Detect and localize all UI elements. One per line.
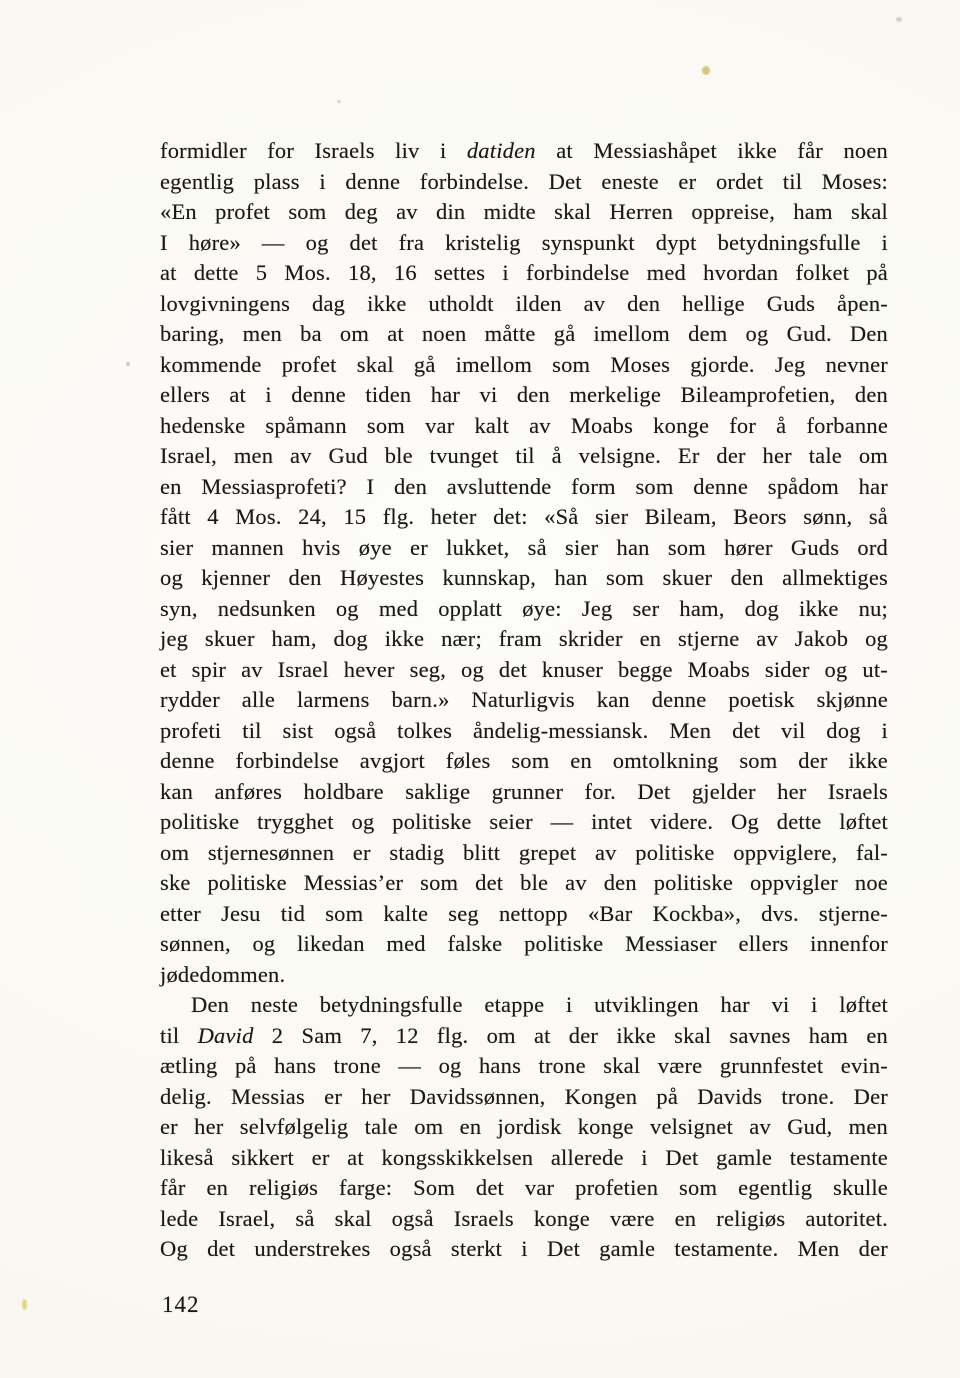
body-text: rydder alle larmens barn.» Naturligvis k…: [160, 687, 888, 712]
text-line: Israel, men av Gud ble tvunget til å vel…: [160, 441, 888, 472]
body-text: får en religiøs farge: Som det var profe…: [160, 1175, 888, 1200]
text-line: om stjernesønnen er stadig blitt grepet …: [160, 838, 888, 869]
body-text: kan anføres holdbare saklige grunner for…: [160, 779, 888, 804]
text-line: får en religiøs farge: Som det var profe…: [160, 1173, 888, 1204]
scan-speck: [22, 1299, 27, 1310]
body-text: sier mannen hvis øye er lukket, så sier …: [160, 535, 888, 560]
text-line: delig. Messias er her Davidssønnen, Kong…: [160, 1082, 888, 1113]
body-text: I høre» — og det fra kristelig synspunkt…: [160, 230, 888, 255]
text-line: ellers at i denne tiden har vi den merke…: [160, 380, 888, 411]
text-line: lovgivningens dag ikke utholdt ilden av …: [160, 289, 888, 320]
text-line: lede Israel, så skal også Israels konge …: [160, 1204, 888, 1235]
text-line: I høre» — og det fra kristelig synspunkt…: [160, 228, 888, 259]
body-text: «En profet som deg av din midte skal Her…: [160, 199, 888, 224]
text-line: til David 2 Sam 7, 12 flg. om at der ikk…: [160, 1021, 888, 1052]
scan-speck: [337, 100, 341, 103]
text-line: og kjenner den Høyestes kunnskap, han so…: [160, 563, 888, 594]
body-text: om stjernesønnen er stadig blitt grepet …: [160, 840, 888, 865]
body-text: denne forbindelse avgjort føles som en o…: [160, 748, 888, 773]
body-text: 2 Sam 7, 12 flg. om at der ikke skal sav…: [254, 1023, 888, 1048]
body-text: Den neste betydningsfulle etappe i utvik…: [191, 992, 888, 1017]
body-text: Israel, men av Gud ble tvunget til å vel…: [160, 443, 888, 468]
text-line: likeså sikkert er at kongsskikkelsen all…: [160, 1143, 888, 1174]
body-text: og kjenner den Høyestes kunnskap, han so…: [160, 565, 888, 590]
text-line: politiske trygghet og politiske seier — …: [160, 807, 888, 838]
italic-text: datiden: [467, 138, 536, 163]
text-line: fått 4 Mos. 24, 15 flg. heter det: «Så s…: [160, 502, 888, 533]
text-lines: formidler for Israels liv i datiden at M…: [160, 136, 888, 1265]
body-text: en Messiasprofeti? I den avsluttende for…: [160, 474, 888, 499]
text-line: kommende profet skal gå imellom som Mose…: [160, 350, 888, 381]
body-text: til: [160, 1023, 198, 1048]
body-text: formidler for Israels liv i: [160, 138, 467, 163]
body-text: kommende profet skal gå imellom som Mose…: [160, 352, 888, 377]
body-text: hedenske spåmann som var kalt av Moabs k…: [160, 413, 888, 438]
body-text: at Messiashåpet ikke får noen: [536, 138, 888, 163]
body-text: jødedommen.: [160, 962, 285, 987]
scan-speck: [896, 17, 902, 22]
body-text: egentlig plass i denne forbindelse. Det …: [160, 169, 888, 194]
text-line: jødedommen.: [160, 960, 888, 991]
text-line: denne forbindelse avgjort føles som en o…: [160, 746, 888, 777]
body-text: delig. Messias er her Davidssønnen, Kong…: [160, 1084, 888, 1109]
text-line: baring, men ba om at noen måtte gå imell…: [160, 319, 888, 350]
body-text: Og det understrekes også sterkt i Det ga…: [160, 1236, 888, 1261]
body-text: at dette 5 Mos. 18, 16 settes i forbinde…: [160, 260, 888, 285]
body-text: likeså sikkert er at kongsskikkelsen all…: [160, 1145, 888, 1170]
scan-speck: [702, 66, 710, 75]
text-line: syn, nedsunken og med opplatt øye: Jeg s…: [160, 594, 888, 625]
text-line: ætling på hans trone — og hans trone ska…: [160, 1051, 888, 1082]
body-text: er her selvfølgelig tale om en jordisk k…: [160, 1114, 888, 1139]
scan-speck: [126, 362, 130, 366]
text-line: ske politiske Messias’er som det ble av …: [160, 868, 888, 899]
text-line: kan anføres holdbare saklige grunner for…: [160, 777, 888, 808]
text-line: sier mannen hvis øye er lukket, så sier …: [160, 533, 888, 564]
body-text: et spir av Israel hever seg, og det knus…: [160, 657, 888, 682]
body-text: sønnen, og likedan med falske politiske …: [160, 931, 888, 956]
body-text: profeti til sist også tolkes åndelig-mes…: [160, 718, 888, 743]
text-line: er her selvfølgelig tale om en jordisk k…: [160, 1112, 888, 1143]
body-text: ellers at i denne tiden har vi den merke…: [160, 382, 888, 407]
text-line: profeti til sist også tolkes åndelig-mes…: [160, 716, 888, 747]
text-line: en Messiasprofeti? I den avsluttende for…: [160, 472, 888, 503]
body-text: jeg skuer ham, dog ikke nær; fram skride…: [160, 626, 888, 651]
body-text: etter Jesu tid som kalte seg nettopp «Ba…: [160, 901, 888, 926]
text-line: et spir av Israel hever seg, og det knus…: [160, 655, 888, 686]
text-line: rydder alle larmens barn.» Naturligvis k…: [160, 685, 888, 716]
body-text: syn, nedsunken og med opplatt øye: Jeg s…: [160, 596, 888, 621]
body-text: baring, men ba om at noen måtte gå imell…: [160, 321, 888, 346]
page-number: 142: [162, 1292, 200, 1318]
text-line: formidler for Israels liv i datiden at M…: [160, 136, 888, 167]
body-text: politiske trygghet og politiske seier — …: [160, 809, 888, 834]
book-page-scan: formidler for Israels liv i datiden at M…: [0, 0, 960, 1378]
text-line: «En profet som deg av din midte skal Her…: [160, 197, 888, 228]
text-line: at dette 5 Mos. 18, 16 settes i forbinde…: [160, 258, 888, 289]
body-text: fått 4 Mos. 24, 15 flg. heter det: «Så s…: [160, 504, 888, 529]
body-text: lovgivningens dag ikke utholdt ilden av …: [160, 291, 888, 316]
text-line: egentlig plass i denne forbindelse. Det …: [160, 167, 888, 198]
body-text: ske politiske Messias’er som det ble av …: [160, 870, 888, 895]
body-text: lede Israel, så skal også Israels konge …: [160, 1206, 888, 1231]
text-line: hedenske spåmann som var kalt av Moabs k…: [160, 411, 888, 442]
italic-text: David: [198, 1023, 254, 1048]
text-line: sønnen, og likedan med falske politiske …: [160, 929, 888, 960]
text-line: jeg skuer ham, dog ikke nær; fram skride…: [160, 624, 888, 655]
text-line: Den neste betydningsfulle etappe i utvik…: [160, 990, 888, 1021]
body-text: ætling på hans trone — og hans trone ska…: [160, 1053, 888, 1078]
text-line: Og det understrekes også sterkt i Det ga…: [160, 1234, 888, 1265]
text-line: etter Jesu tid som kalte seg nettopp «Ba…: [160, 899, 888, 930]
